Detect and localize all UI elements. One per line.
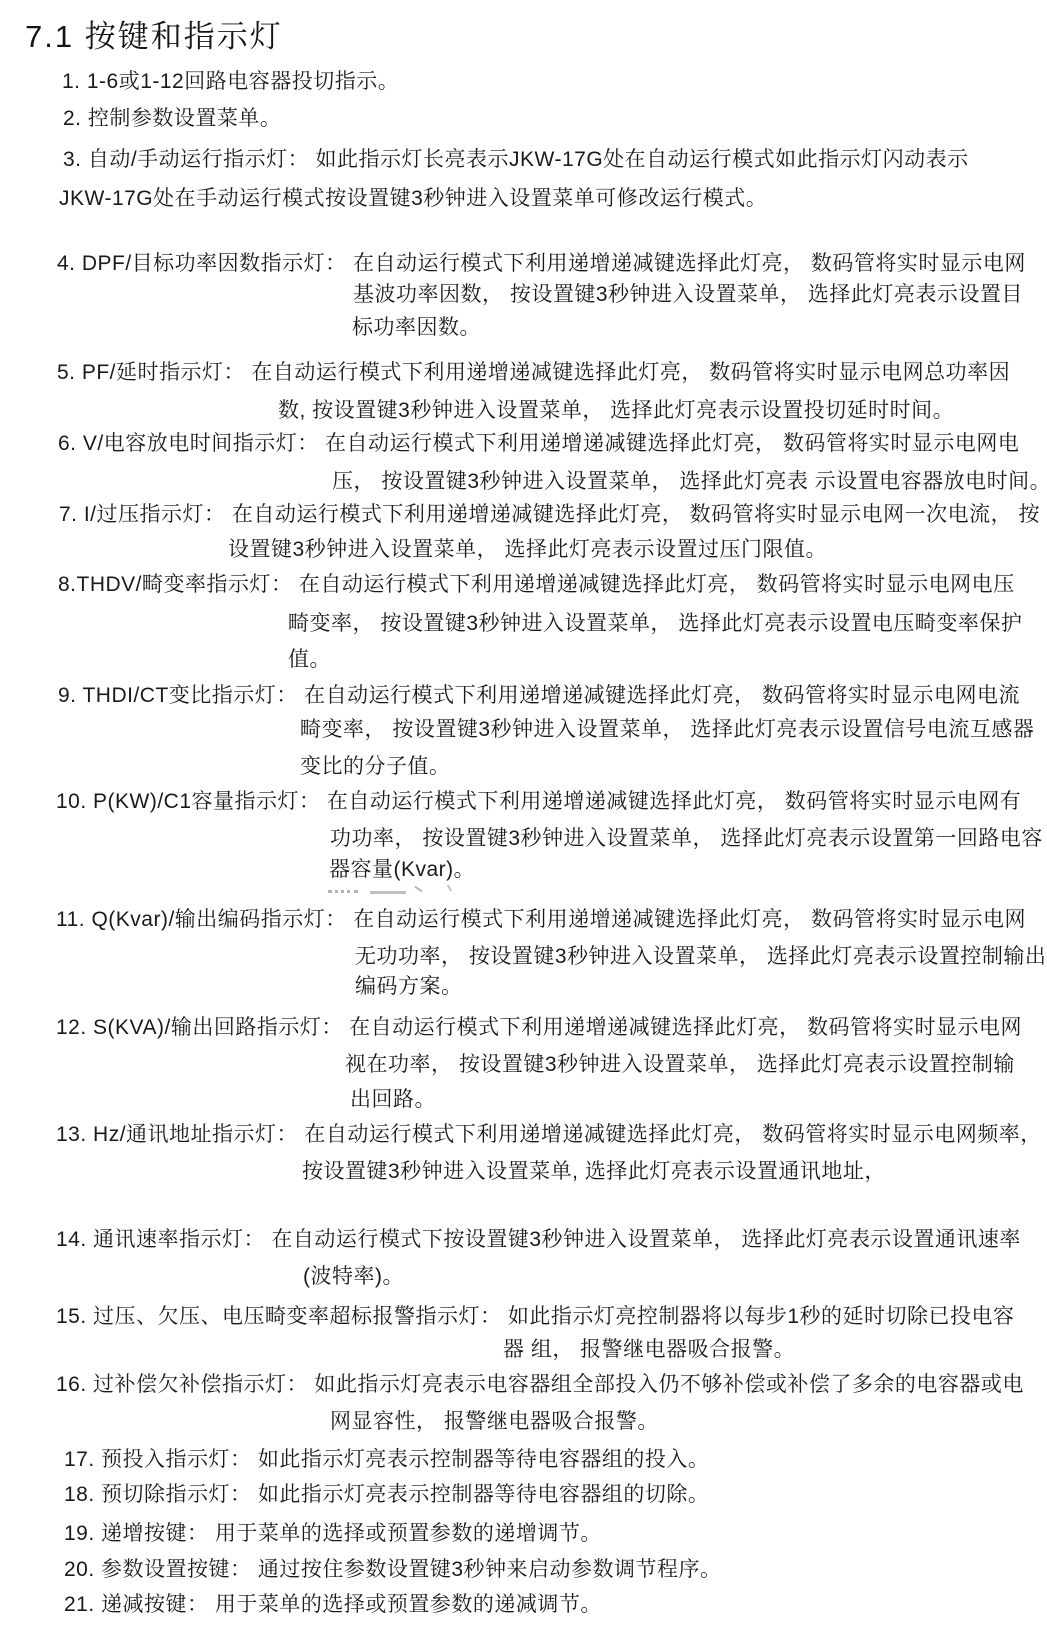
item-3-line-2: JKW-17G处在手动运行模式按设置键3秒钟进入设置菜单可修改运行模式。 xyxy=(59,187,767,211)
erased-text-artifact xyxy=(328,886,478,896)
item-5-line-2: 数, 按设置键3秒钟进入设置菜单， 选择此灯亮表示设置投切延时时间。 xyxy=(278,399,954,423)
erased-mark-tick xyxy=(447,884,452,891)
item-9-line-3: 变比的分子值。 xyxy=(300,755,451,779)
section-title: 7.1 按键和指示灯 xyxy=(25,20,283,54)
item-10-line-2: 功功率， 按设置键3秒钟进入设置菜单， 选择此灯亮表示设置第一回路电容 xyxy=(330,827,1043,851)
item-4-line-1: 4. DPF/目标功率因数指示灯： 在自动运行模式下利用递增递减键选择此灯亮， … xyxy=(57,252,1026,276)
item-14-line-1: 14. 通讯速率指示灯： 在自动运行模式下按设置键3秒钟进入设置菜单， 选择此灯… xyxy=(56,1228,1021,1252)
item-6-line-1: 6. V/电容放电时间指示灯： 在自动运行模式下利用递增递减键选择此灯亮， 数码… xyxy=(58,432,1019,456)
item-20-line-1: 20. 参数设置按键： 通过按住参数设置键3秒钟来启动参数调节程序。 xyxy=(64,1558,722,1582)
item-9-line-1: 9. THDI/CT变比指示灯： 在自动运行模式下利用递增递减键选择此灯亮， 数… xyxy=(58,684,1020,708)
item-5-line-1: 5. PF/延时指示灯： 在自动运行模式下利用递增递减键选择此灯亮， 数码管将实… xyxy=(57,361,1010,385)
item-11-line-2: 无功功率， 按设置键3秒钟进入设置菜单， 选择此灯亮表示设置控制输出 xyxy=(355,945,1046,969)
item-8-line-3: 值。 xyxy=(288,648,331,672)
item-12-line-3: 出回路。 xyxy=(350,1088,436,1112)
item-12-line-2: 视在功率， 按设置键3秒钟进入设置菜单， 选择此灯亮表示设置控制输 xyxy=(345,1053,1015,1077)
item-6-line-2: 压， 按设置键3秒钟进入设置菜单， 选择此灯亮表 示设置电容器放电时间。 xyxy=(332,470,1047,494)
item-12-line-1: 12. S(KVA)/输出回路指示灯： 在自动运行模式下利用递增递减键选择此灯亮… xyxy=(56,1016,1022,1040)
item-7-line-2: 设置键3秒钟进入设置菜单， 选择此灯亮表示设置过压门限值。 xyxy=(228,538,827,562)
item-13-line-1: 13. Hz/通讯地址指示灯： 在自动运行模式下利用递增递减键选择此灯亮， 数码… xyxy=(56,1123,1042,1147)
item-8-line-2: 畸变率， 按设置键3秒钟进入设置菜单， 选择此灯亮表示设置电压畸变率保护 xyxy=(288,612,1022,636)
erased-mark-tick xyxy=(414,886,423,893)
item-2-line-1: 2. 控制参数设置菜单。 xyxy=(63,107,281,131)
item-16-line-1: 16. 过补偿欠补偿指示灯： 如此指示灯亮表示电容器组全部投入仍不够补偿或补偿了… xyxy=(56,1373,1024,1397)
item-8-line-1: 8.THDV/畸变率指示灯： 在自动运行模式下利用递增递减键选择此灯亮， 数码管… xyxy=(58,573,1015,597)
item-1-line-1: 1. 1-6或1-12回路电容器投切指示。 xyxy=(62,70,399,94)
item-16-line-2: 网显容性， 报警继电器吸合报警。 xyxy=(330,1410,659,1434)
item-14-line-2: (波特率)。 xyxy=(303,1265,404,1289)
item-21-line-1: 21. 递减按键： 用于菜单的选择或预置参数的递减调节。 xyxy=(64,1593,602,1617)
erased-mark-dotted xyxy=(328,890,358,893)
document-page: 7.1 按键和指示灯 1. 1-6或1-12回路电容器投切指示。2. 控制参数设… xyxy=(0,0,1047,1630)
item-15-line-1: 15. 过压、欠压、电压畸变率超标报警指示灯： 如此指示灯亮控制器将以每步1秒的… xyxy=(56,1305,1015,1329)
item-18-line-1: 18. 预切除指示灯： 如此指示灯亮表示控制器等待电容器组的切除。 xyxy=(64,1483,709,1507)
item-13-line-2: 按设置键3秒钟进入设置菜单, 选择此灯亮表示设置通讯地址， xyxy=(302,1160,886,1184)
item-10-line-1: 10. P(KW)/C1容量指示灯： 在自动运行模式下利用递增递减键选择此灯亮，… xyxy=(56,790,1021,814)
item-17-line-1: 17. 预投入指示灯： 如此指示灯亮表示控制器等待电容器组的投入。 xyxy=(64,1448,709,1472)
item-7-line-1: 7. I/过压指示灯： 在自动运行模式下利用递增递减键选择此灯亮， 数码管将实时… xyxy=(59,503,1040,527)
item-4-line-3: 标功率因数。 xyxy=(352,316,481,340)
item-4-line-2: 基波功率因数， 按设置键3秒钟进入设置菜单， 选择此灯亮表示设置目 xyxy=(353,283,1023,307)
item-11-line-1: 11. Q(Kvar)/输出编码指示灯： 在自动运行模式下利用递增递减键选择此灯… xyxy=(56,908,1026,932)
item-15-line-2: 器 组， 报警继电器吸合报警。 xyxy=(503,1338,795,1362)
item-10-line-3: 器容量(Kvar)。 xyxy=(329,858,475,882)
erased-mark-bar xyxy=(370,891,406,894)
item-19-line-1: 19. 递增按键： 用于菜单的选择或预置参数的递增调节。 xyxy=(64,1522,602,1546)
item-3-line-1: 3. 自动/手动运行指示灯： 如此指示灯长亮表示JKW-17G处在自动运行模式如… xyxy=(63,148,969,172)
item-9-line-2: 畸变率， 按设置键3秒钟进入设置菜单， 选择此灯亮表示设置信号电流互感器 xyxy=(300,718,1034,742)
item-11-line-3: 编码方案。 xyxy=(355,975,463,999)
